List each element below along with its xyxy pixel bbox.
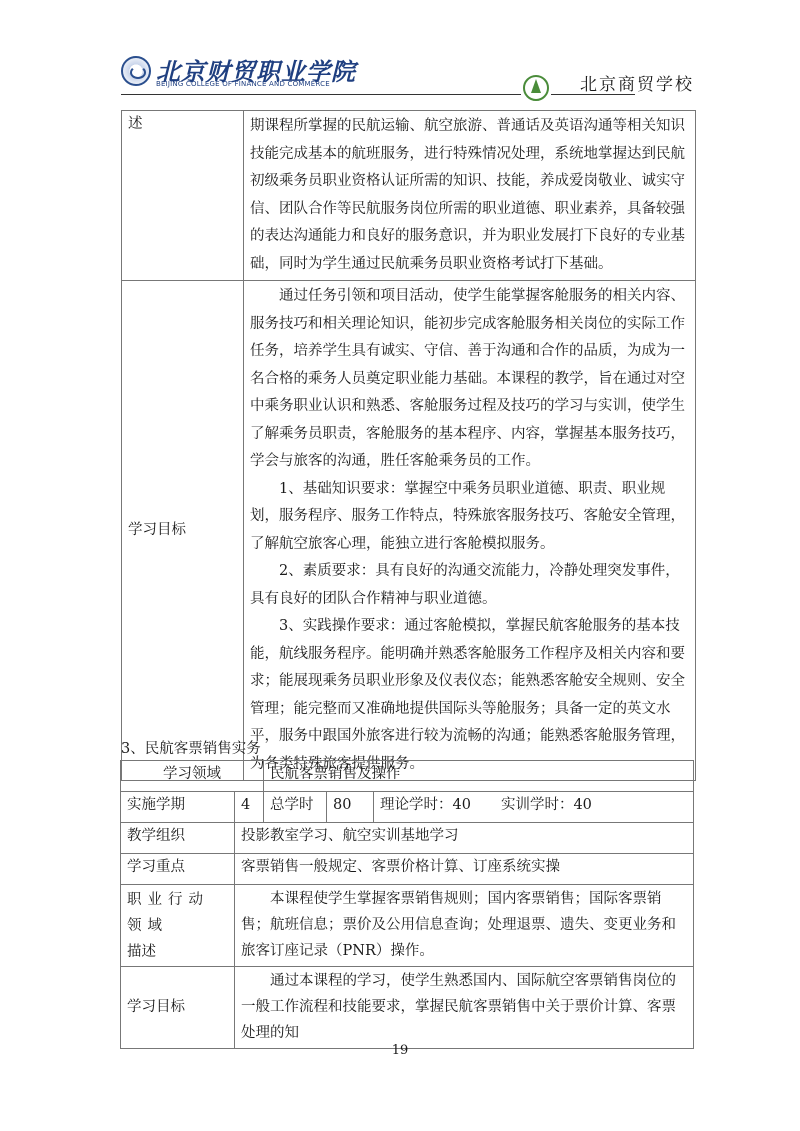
- focus-value: 客票销售一般规定、客票价格计算、订座系统实操: [235, 854, 694, 885]
- practice-hours: 实训学时：40: [501, 797, 592, 813]
- table-row: 学习重点 客票销售一般规定、客票价格计算、订座系统实操: [121, 854, 694, 885]
- paragraph: 期课程所掌握的民航运输、航空旅游、普通话及英语沟通等相关知识技能完成基本的航班服…: [250, 113, 689, 278]
- row-label: 述: [122, 111, 244, 281]
- action-label-line2: 描述: [127, 939, 228, 965]
- action-label-line1: 职业行动领域: [127, 887, 228, 939]
- hours-breakdown: 理论学时：40实训学时：40: [374, 792, 694, 823]
- total-hours-value: 80: [327, 792, 374, 823]
- focus-label: 学习重点: [121, 854, 235, 885]
- header-rule-left: [121, 94, 521, 95]
- row-label: 学习目标: [122, 281, 244, 781]
- semester-label: 实施学期: [121, 792, 235, 823]
- action-value: 本课程使学生掌握客票销售规则；国内客票销售；国际客票销售；航班信息；票价及公用信…: [235, 885, 694, 967]
- paragraph: 3、实践操作要求：通过客舱模拟，掌握民航客舱服务的基本技能，航线服务程序。能明确…: [250, 613, 689, 778]
- semester-value: 4: [235, 792, 264, 823]
- table-row: 实施学期 4 总学时 80 理论学时：40实训学时：40: [121, 792, 694, 823]
- page-header: 北京财贸职业学院 BEIJING COLLEGE OF FINANCE AND …: [0, 0, 800, 110]
- action-label: 职业行动领域 描述: [121, 885, 235, 967]
- goal-label: 学习目标: [121, 967, 235, 1049]
- pine-tree-emblem-icon: [523, 75, 549, 101]
- page-number: 19: [0, 1043, 800, 1058]
- table-row: 述 期课程所掌握的民航运输、航空旅游、普通话及英语沟通等相关知识技能完成基本的航…: [122, 111, 696, 281]
- paragraph: 2、素质要求：具有良好的沟通交流能力，冷静处理突发事件，具有良好的团队合作精神与…: [250, 558, 689, 613]
- theory-hours: 理论学时：40: [380, 797, 471, 813]
- table-row: 学习目标 通过本课程的学习，使学生熟悉国内、国际航空客票销售岗位的一般工作流程和…: [121, 967, 694, 1049]
- paragraph: 通过本课程的学习，使学生熟悉国内、国际航空客票销售岗位的一般工作流程和技能要求，…: [241, 968, 687, 1046]
- total-hours-label: 总学时: [264, 792, 327, 823]
- table-row: 学习目标 通过任务引领和项目活动，使学生能掌握客舱服务的相关内容、服务技巧和相关…: [122, 281, 696, 781]
- goal-value: 通过本课程的学习，使学生熟悉国内、国际航空客票销售岗位的一般工作流程和技能要求，…: [235, 967, 694, 1049]
- paragraph: 本课程使学生掌握客票销售规则；国内客票销售；国际客票销售；航班信息；票价及公用信…: [241, 886, 687, 964]
- course-table-continued: 述 期课程所掌握的民航运输、航空旅游、普通话及英语沟通等相关知识技能完成基本的航…: [121, 110, 696, 781]
- table-row: 职业行动领域 描述 本课程使学生掌握客票销售规则；国内客票销售；国际客票销售；航…: [121, 885, 694, 967]
- field-value: 民航客票销售及操作: [264, 761, 694, 792]
- school-name: 北京商贸学校: [580, 70, 694, 95]
- row-content: 通过任务引领和项目活动，使学生能掌握客舱服务的相关内容、服务技巧和相关理论知识，…: [244, 281, 696, 781]
- organization-value: 投影教室学习、航空实训基地学习: [235, 823, 694, 854]
- section-title: 3、民航客票销售实务: [121, 737, 261, 758]
- paragraph: 通过任务引领和项目活动，使学生能掌握客舱服务的相关内容、服务技巧和相关理论知识，…: [250, 283, 689, 476]
- table-row: 学习领域 民航客票销售及操作: [121, 761, 694, 792]
- row-content: 期课程所掌握的民航运输、航空旅游、普通话及英语沟通等相关知识技能完成基本的航班服…: [244, 111, 696, 281]
- paragraph: 1、基础知识要求：掌握空中乘务员职业道德、职责、职业规划，服务程序、服务工作特点…: [250, 476, 689, 559]
- college-name-en: BEIJING COLLEGE OF FINANCE AND COMMERCE: [156, 80, 330, 88]
- course-table-ticket-sales: 学习领域 民航客票销售及操作 实施学期 4 总学时 80 理论学时：40实训学时…: [120, 760, 694, 1049]
- table-row: 教学组织 投影教室学习、航空实训基地学习: [121, 823, 694, 854]
- field-label: 学习领域: [121, 761, 264, 792]
- organization-label: 教学组织: [121, 823, 235, 854]
- college-emblem-icon: [121, 56, 151, 86]
